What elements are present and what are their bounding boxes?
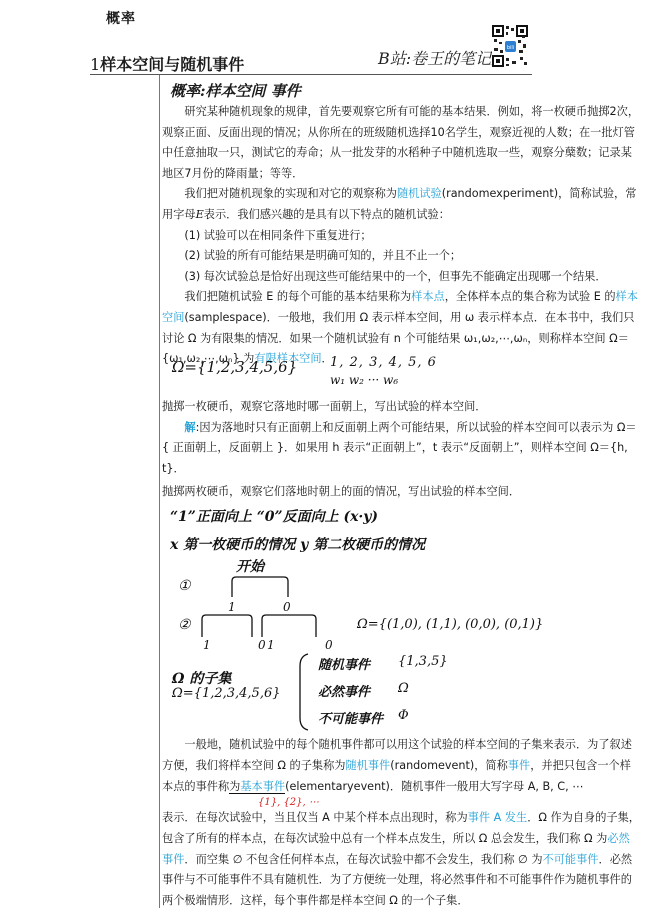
tree-l2-node: 1 (203, 638, 211, 652)
header-rule (90, 74, 532, 75)
list-item: (3) 每次试验总是恰好出现这些可能结果中的一个，但事先不能确定出现哪一个结果． (162, 267, 640, 288)
intro-paragraph: 研究某种随机现象的规律，首先要观察它所有可能的基本结果．例如，将一枚硬币抛掷2次… (162, 102, 640, 184)
events-section: 一般地，随机试验中的每个随机事件都可以用这个试验的样本空间的子集来表示．为了叙述… (162, 735, 640, 797)
text: ．而空集 ∅ 不包含任何样本点，在每次试验中都不会发生，我们称 ∅ 为 (184, 853, 542, 866)
term-event-occurs: 事件 A 发生 (468, 811, 528, 824)
margin-rule (159, 75, 160, 908)
text: 表示．我们感兴趣的是具有以下特点的随机试验： (204, 208, 450, 221)
subset-omega: Ω={1,2,3,4,5,6} (172, 686, 281, 701)
example2-question: 抛掷两枚硬币，观察它们落地时朝上的面的情况，写出试验的样本空间． (162, 482, 640, 503)
example1-question: 抛掷一枚硬币，观察它落地时哪一面朝上，写出试验的样本空间． (162, 397, 640, 418)
tree-start-label: 开始 (236, 556, 264, 576)
hand-omega-result: Ω={(1,0), (1,1), (0,0), (0,1)} (357, 617, 543, 632)
section-name: 样本空间与随机事件 (100, 55, 244, 74)
tree-l2-node: 0 (258, 638, 266, 652)
section-number: 1 (90, 55, 100, 74)
intro-section: 研究某种随机现象的规律，首先要观察它所有可能的基本结果．例如，将一枚硬币抛掷2次… (162, 102, 640, 370)
tree-l2-node: 1 (267, 638, 275, 652)
list-item: (1) 试验可以在相同条件下重复进行； (162, 226, 640, 247)
example1-solution: 解:因为落地时只有正面朝上和反面朝上两个可能结果，所以试验的样本空间可以表示为 … (162, 418, 640, 480)
hand-omega-set: Ω={1,2,3,4,5,6} (172, 358, 297, 376)
text: 为 (229, 780, 240, 793)
subset-item-value: Φ (398, 708, 409, 723)
text: 我们把随机试验 E 的每个可能的基本结果称为 (184, 290, 411, 303)
term-elementary-event: 基本事件 (240, 780, 285, 793)
subset-item-label: 随机事件 (318, 654, 370, 673)
brace-icon (296, 652, 310, 732)
tree-l2-node: 0 (325, 638, 333, 652)
red-annotation: {1}, {2}, ⋯ (258, 797, 319, 808)
term-random-experiment: 随机试验 (397, 187, 442, 200)
term-impossible-event: 不可能事件 (543, 853, 599, 866)
subset-title: Ω 的子集 (172, 668, 231, 688)
chapter-title: 概率 (106, 8, 136, 28)
text: :因为落地时只有正面朝上和反面朝上两个可能结果，所以试验的样本空间可以表示为 Ω… (162, 421, 637, 475)
term-sample-point: 样本点 (411, 290, 445, 303)
events-paragraph: 一般地，随机试验中的每个随机事件都可以用这个试验的样本空间的子集来表示．为了叙述… (162, 735, 640, 797)
term-random-event: 随机事件 (345, 759, 390, 772)
bilibili-credit: B站:卷王的笔记库 (378, 46, 507, 69)
subset-item-label: 必然事件 (318, 681, 370, 700)
random-experiment-paragraph: 我们把对随机现象的实现和对它的观察称为随机试验(randomexperiment… (162, 184, 640, 225)
svg-text:bili: bili (507, 45, 514, 51)
text: 表示．在每次试验中，当且仅当 A 中某个样本点出现时，称为 (162, 811, 468, 824)
text: (randomevent)，简称 (390, 759, 508, 772)
text: 抛掷两枚硬币，观察它们落地时朝上的面的情况，写出试验的样本空间． (162, 482, 640, 503)
events-section-continued: 表示．在每次试验中，当且仅当 A 中某个样本点出现时，称为事件 A 发生．Ω 作… (162, 808, 640, 908)
hand-line1: “1”正面向上 “0”反面向上 (x·y) (170, 506, 378, 526)
subset-item-label: 不可能事件 (318, 708, 383, 727)
term-event: 事件 (508, 759, 530, 772)
tree-l1-node: 1 (228, 600, 236, 614)
hand-omegas: w₁ w₂ ··· w₆ (330, 373, 398, 387)
math-E: E (196, 208, 204, 221)
step2-label: ② (178, 617, 191, 633)
subset-item-value: Ω (398, 681, 409, 696)
events-paragraph-continued: 表示．在每次试验中，当且仅当 A 中某个样本点出现时，称为事件 A 发生．Ω 作… (162, 808, 640, 908)
tree-l1-node: 0 (283, 600, 291, 614)
section-title: 1样本空间与随机事件 (90, 52, 244, 75)
qr-code-icon: bili (492, 24, 528, 68)
underlined-text: 为基本事件 (229, 780, 285, 794)
handwritten-note-title: 概率:样本空间 事件 (170, 80, 301, 101)
text: 我们把对随机现象的实现和对它的观察称为 (184, 187, 397, 200)
text: (elementaryevent)．随机事件一般用大写字母 A, B, C, ⋯ (285, 780, 583, 793)
hand-values: 1, 2, 3, 4, 5, 6 (330, 355, 437, 370)
list-item: (2) 试验的所有可能结果是明确可知的，并且不止一个； (162, 246, 640, 267)
hand-line2: x 第一枚硬币的情况 y 第二枚硬币的情况 (170, 534, 425, 554)
subset-item-value: {1,3,5} (398, 654, 448, 669)
step1-label: ① (178, 578, 191, 594)
example1: 抛掷一枚硬币，观察它落地时哪一面朝上，写出试验的样本空间． 解:因为落地时只有正… (162, 397, 640, 479)
solution-label: 解 (184, 421, 195, 434)
text: ，全体样本点的集合称为试验 E 的 (445, 290, 616, 303)
